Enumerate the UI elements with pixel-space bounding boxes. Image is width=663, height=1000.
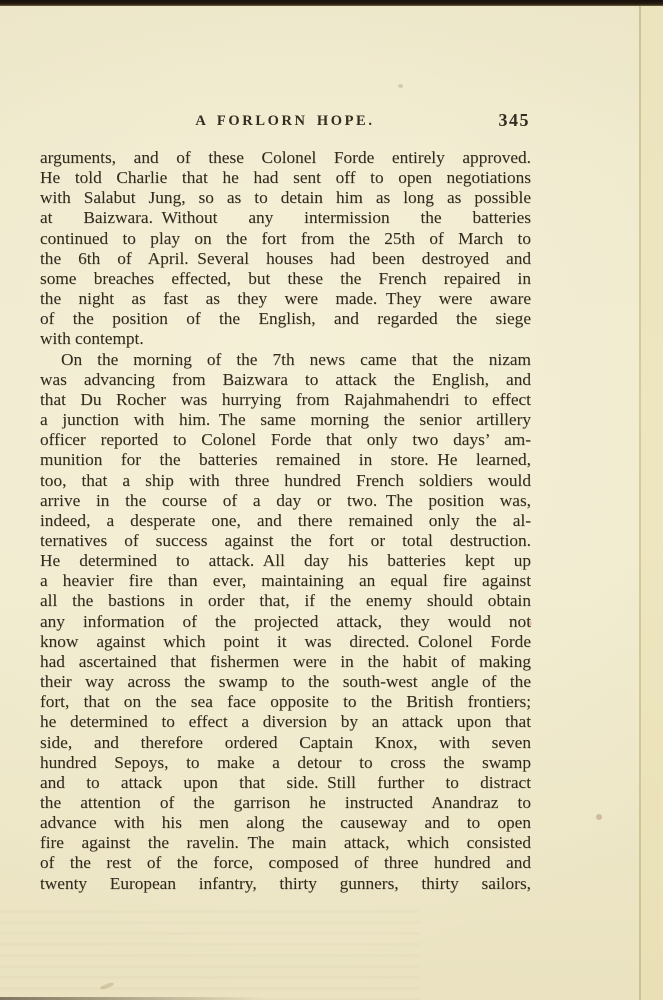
chapter-title: A FORLORN HOPE. [40,113,530,130]
text-line: fort, that on the sea face opposite to t… [40,692,531,712]
page-number: 345 [499,110,531,131]
text-line: know against which point it was directed… [40,632,531,652]
text-line: hundred Sepoys, to make a detour to cros… [40,753,531,773]
text-line: officer reported to Colonel Forde that o… [40,430,531,450]
text-line: had ascertained that fishermen were in t… [40,652,531,672]
text-line: that Du Rocher was hurrying from Rajahma… [40,390,531,410]
text-line: ternatives of success against the fort o… [40,531,531,551]
text-line: their way across the swamp to the south-… [40,672,531,692]
text-line: the 6th of April. Several houses had bee… [40,249,531,269]
text-line: arrive in the course of a day or two. Th… [40,491,531,511]
text-line: a junction with him. The same morning th… [40,410,531,430]
text-line: twenty European infantry, thirty gunners… [40,874,531,894]
text-line: of the rest of the force, composed of th… [40,853,531,873]
text-line: arguments, and of these Colonel Forde en… [40,148,531,168]
text-line: fire against the ravelin. The main attac… [40,833,531,853]
text-line: with Salabut Jung, so as to detain him a… [40,188,531,208]
text-line: He determined to attack. All day his bat… [40,551,531,571]
text-line: at Baizwara. Without any intermission th… [40,208,531,228]
paper-speck [398,84,403,88]
text-line: the night as fast as they were made. The… [40,289,531,309]
text-line: some breaches effected, but these the Fr… [40,269,531,289]
paragraph: On the morning of the 7th news came that… [40,350,531,894]
text-line: indeed, a desperate one, and there remai… [40,511,531,531]
text-line: of the position of the English, and rega… [40,309,531,329]
page-edge-strip [641,6,663,1000]
text-line: He told Charlie that he had sent off to … [40,168,531,188]
scan-streaks [0,910,420,1000]
paragraph: arguments, and of these Colonel Forde en… [40,148,531,350]
text-line: the attention of the garrison he instruc… [40,793,531,813]
text-line: with contempt. [40,329,531,349]
text-line: any information of the projected attack,… [40,612,531,632]
scanned-book-page: A FORLORN HOPE. 345 arguments, and of th… [0,0,663,1000]
text-line: too, that a ship with three hundred Fren… [40,471,531,491]
scan-top-edge [0,0,663,6]
text-line: side, and therefore ordered Captain Knox… [40,733,531,753]
text-line: munition for the batteries remained in s… [40,450,531,470]
running-head: A FORLORN HOPE. 345 [40,110,530,134]
page-edge-crease [639,6,641,1000]
text-line: was advancing from Baizwara to attack th… [40,370,531,390]
text-line: On the morning of the 7th news came that… [40,350,531,370]
paper-speck [596,814,602,820]
text-line: and to attack upon that side. Still furt… [40,773,531,793]
text-line: continued to play on the fort from the 2… [40,229,531,249]
text-line: a heavier fire than ever, maintaining an… [40,571,531,591]
body-text: arguments, and of these Colonel Forde en… [40,148,531,894]
text-line: all the bastions in order that, if the e… [40,591,531,611]
text-line: advance with his men along the causeway … [40,813,531,833]
text-line: he determined to effect a diversion by a… [40,712,531,732]
